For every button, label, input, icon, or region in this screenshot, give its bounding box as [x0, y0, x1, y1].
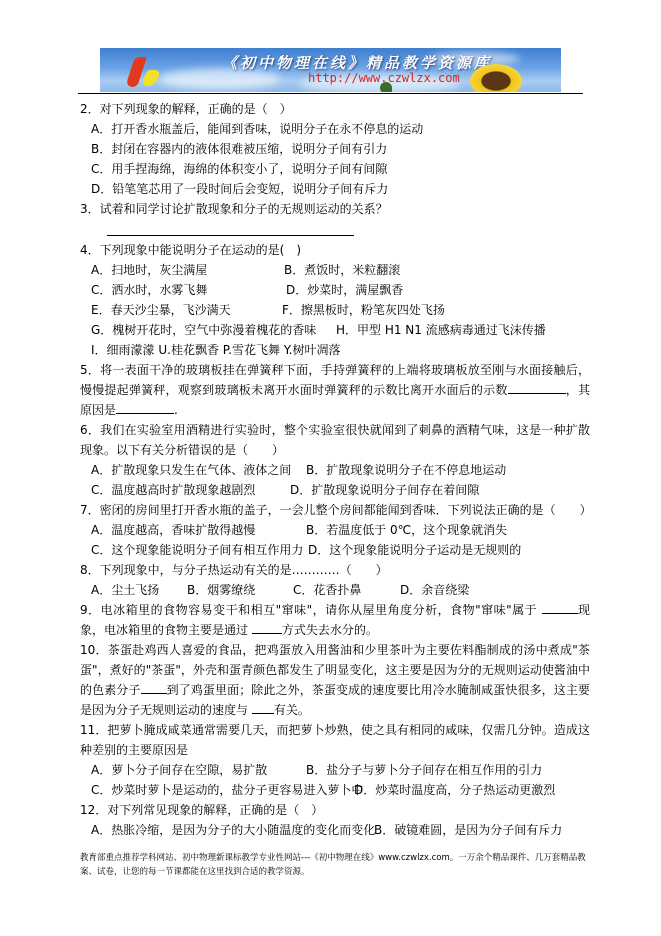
question-6-stem: 6．我们在实验室用酒精进行实验时，整个实验室很快就闻到了刺鼻的酒精气味，这是一种… [80, 420, 590, 460]
question-3-answer-line [107, 219, 354, 236]
question-12-option-b: B．破镜难圆，是因为分子间有斥力 [374, 820, 562, 840]
question-2-option-b: B．封闭在容器内的液体很难被压缩，说明分子间有引力 [80, 139, 590, 159]
question-12-stem: 12．对下列常见现象的解释，正确的是（ ） [80, 800, 590, 820]
sunflower-icon [470, 64, 522, 92]
question-4-option-h: H．甲型 H1 N1 流感病毒通过飞沫传播 [336, 320, 546, 340]
question-11-option-a: A．萝卜分子间存在空隙，易扩散 [91, 760, 306, 780]
header-divider [78, 93, 583, 94]
question-9-text-3: 方式失去水分的。 [282, 623, 378, 637]
question-5-blank-1 [508, 380, 566, 394]
question-6-option-c: C．温度越高时扩散现象越剧烈 [91, 480, 290, 500]
footer-note: 教育部重点推荐学科网站、初中物理新课标教学专业性网站---《初中物理在线》www… [80, 851, 590, 879]
question-6-option-d: D．扩散现象说明分子间存在着间隙 [290, 480, 479, 500]
banner-title: 《初中物理在线》精品教学资源库 [222, 52, 492, 73]
question-12-option-a: A．热胀冷缩，是因为分子的大小随温度的变化而变化 [91, 820, 374, 840]
question-11-option-b: B．盐分子与萝卜分子间存在相互作用的引力 [306, 760, 542, 780]
question-10: 10．茶蛋赴鸡西人喜爱的食品，把鸡蛋放入用酱油和少里茶叶为主要佐料酯制成的汤中煮… [80, 640, 590, 720]
question-4-option-a: A．扫地时，灰尘满屋 [91, 260, 284, 280]
header-banner: 《初中物理在线》精品教学资源库 http://www.czwlzx.com [100, 48, 561, 92]
question-9-text-1: 9．电冰箱里的食物容易变干和相互"窜味"，请你从屋里角度分析，食物"窜味"属于 [80, 603, 537, 617]
question-9-blank-2 [252, 620, 282, 634]
question-5: 5．将一表面干净的玻璃板挂在弹簧秤下面，手持弹簧秤的上端将玻璃板放至刚与水面接触… [80, 360, 590, 420]
question-10-text-3: 有关。 [274, 703, 310, 717]
question-4-option-e: E．春天沙尘暴，飞沙满天 [91, 300, 282, 320]
question-7-option-a: A．温度越高，香味扩散得越慢 [91, 520, 306, 540]
question-8-option-a: A．尘土飞扬 [91, 580, 187, 600]
question-4-option-i: I．细雨濛濛 U.桂花飘香 P.雪花飞舞 Y.树叶凋落 [80, 340, 590, 360]
question-3-stem: 3．试着和同学讨论扩散现象和分子的无规则运动的关系？ [80, 199, 590, 219]
question-8-option-b: B．烟雾缭绕 [187, 580, 293, 600]
question-2-stem: 2．对下列现象的解释，正确的是（ ） [80, 99, 590, 119]
question-9-blank-1 [542, 600, 578, 614]
question-11-option-c: C．炒菜时萝卜是运动的，盐分子更容易进入萝卜中 [91, 780, 354, 800]
question-6-option-b: B．扩散现象说明分子在不停息地运动 [306, 460, 506, 480]
question-2-option-d: D．铅笔笔芯用了一段时间后会变短，说明分子间有斥力 [80, 179, 590, 199]
question-4-stem: 4．下列现象中能说明分子在运动的是( ) [80, 240, 590, 260]
question-8-stem: 8．下列现象中，与分子热运动有关的是…………（ ） [80, 560, 590, 580]
question-7-option-b: B．若温度低于 0℃，这个现象就消失 [306, 520, 507, 540]
question-10-blank-1 [141, 680, 167, 694]
leaf-icon [380, 82, 392, 92]
question-2-option-a: A．打开香水瓶盖后，能闻到香味，说明分子在永不停息的运动 [80, 119, 590, 139]
question-2-option-c: C．用手捏海绵，海绵的体积变小了，说明分子间有间隙 [80, 159, 590, 179]
logo-accent-icon [140, 70, 161, 86]
question-5-blank-2 [116, 400, 174, 414]
question-9: 9．电冰箱里的食物容易变干和相互"窜味"，请你从屋里角度分析，食物"窜味"属于 … [80, 600, 590, 640]
question-4-option-b: B．煮饭时，米粒翻滚 [284, 260, 400, 280]
question-8-option-d: D．余音绕梁 [400, 580, 469, 600]
question-4-option-g: G．槐树开花时，空气中弥漫着槐花的香味 [91, 320, 336, 340]
question-11-option-d: D．炒菜时温度高，分子热运动更激烈 [354, 780, 555, 800]
question-4-option-c: C．洒水时，水雾飞舞 [91, 280, 286, 300]
question-4-option-d: D．炒菜时，满屋飘香 [286, 280, 403, 300]
question-7-option-d: D．这个现象能说明分子运动是无规则的 [308, 540, 521, 560]
question-7-option-c: C．这个现象能说明分子间有相互作用力 [91, 540, 308, 560]
worksheet-content: 2．对下列现象的解释，正确的是（ ） A．打开香水瓶盖后，能闻到香味，说明分子在… [80, 99, 590, 840]
question-5-text-3: . [174, 403, 178, 417]
question-8-option-c: C．花香扑鼻 [293, 580, 400, 600]
question-4-option-f: F．擦黑板时，粉笔灰四处飞扬 [282, 300, 445, 320]
question-6-option-a: A．扩散现象只发生在气体、液体之间 [91, 460, 306, 480]
question-7-stem: 7．密闭的房间里打开香水瓶的盖子，一会儿整个房间都能闻到香味．下列说法正确的是（… [80, 500, 590, 520]
question-11-stem: 11．把萝卜腌成咸菜通常需要几天，而把萝卜炒熟，使之具有相同的咸味，仅需几分钟。… [80, 720, 590, 760]
question-10-blank-2 [252, 700, 274, 714]
